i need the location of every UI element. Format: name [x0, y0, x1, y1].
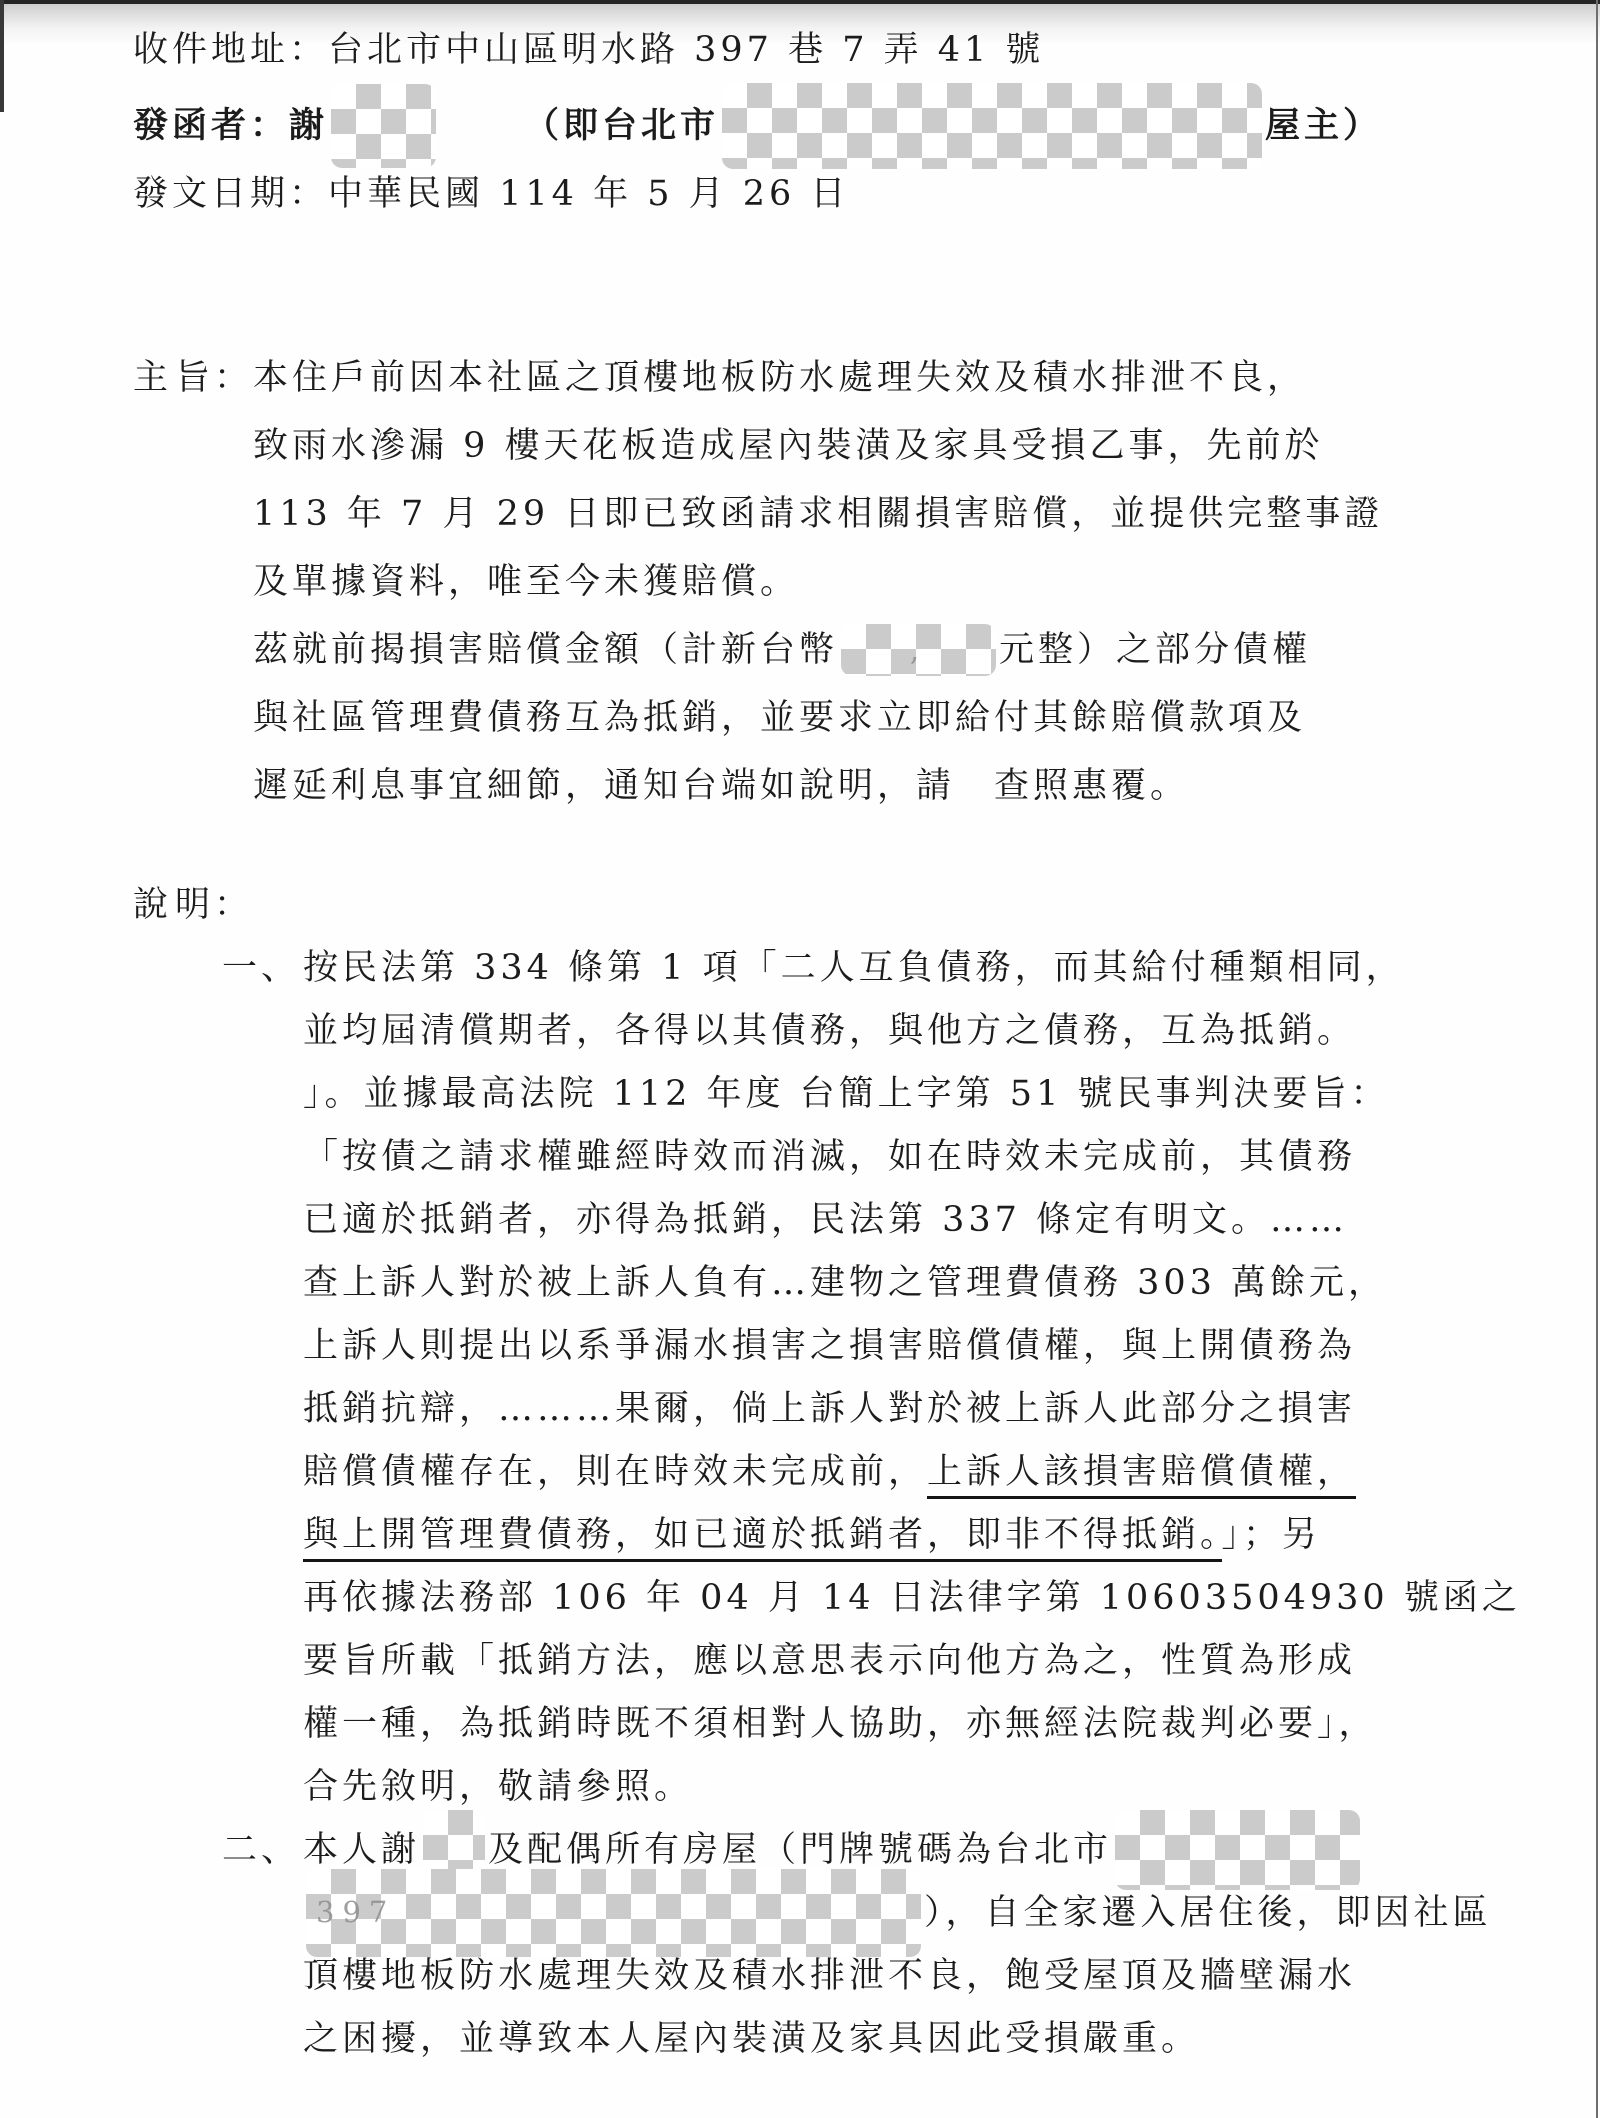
explanation-text-line: 抵銷抗辯，………果爾，倘上訴人對於被上訴人此部分之損害: [133, 1378, 1521, 1441]
redaction-block: [722, 83, 1262, 169]
subject-text-line: 113 年 7 月 29 日即已致函請求相關損害賠償，並提供完整事證: [133, 480, 1383, 548]
text-run: 113 年 7 月 29 日即已致函請求相關損害賠償，並提供完整事證: [253, 494, 1383, 534]
date-line: 發文日期：中華民國 114 年 5 月 26 日: [133, 168, 849, 220]
explanation-text-line: 一、按民法第 334 條第 1 項「二人互負債務，而其給付種類相同，: [133, 937, 1521, 1000]
subject-text-line: 茲就前揭損害賠償金額（計新台幣,元整）之部分債權: [133, 616, 1383, 684]
text-run: 與社區管理費債務互為抵銷，並要求立即給付其餘賠償款項及: [253, 698, 1306, 738]
text-run: ），自全家遷入居住後，即因社區: [924, 1893, 1492, 1933]
explanation-text-line: 「按債之請求權雖經時效而消滅，如在時效未完成前，其債務: [133, 1126, 1521, 1189]
explanation-text-line: 要旨所載「抵銷方法，應以意思表示向他方為之，性質為形成: [133, 1630, 1521, 1693]
text-run: 本住戶前因本社區之頂樓地板防水處理失效及積水排泄不良，: [253, 358, 1306, 398]
explanation-text-line: 並均屆清償期者，各得以其債務，與他方之債務，互為抵銷。: [133, 1000, 1521, 1063]
explanation-text-line: 再依據法務部 106 年 04 月 14 日法律字第 10603504930 號…: [133, 1567, 1521, 1630]
underlined-text: 與上開管理費債務，如已適於抵銷者，即非不得抵銷。: [303, 1515, 1222, 1562]
recipient-address-label: 收件地址：: [133, 30, 328, 70]
date-value: 中華民國 114 年 5 月 26 日: [328, 174, 849, 214]
text-run: 按民法第 334 條第 1 項「二人互負債務，而其給付種類相同，: [303, 948, 1405, 988]
redaction-ghost-text: ,: [910, 616, 927, 684]
text-run: 合先敘明，敬請參照。: [303, 1767, 693, 1807]
explanation-text-line: 頂樓地板防水處理失效及積水排泄不良，飽受屋頂及牆壁漏水: [133, 1945, 1521, 2008]
scanned-letter-page: 收件地址：台北市中山區明水路 397 巷 7 弄 41 號 發函者：謝（即台北市…: [0, 0, 1600, 2118]
explanation-text-line: 之困擾，並導致本人屋內裝潢及家具因此受損嚴重。: [133, 2008, 1521, 2071]
text-run: 及配偶所有房屋（門牌號碼為台北市: [488, 1830, 1112, 1870]
text-run: 賠償債權存在，則在時效未完成前，: [303, 1452, 927, 1492]
text-run: 茲就前揭損害賠償金額（計新台幣: [253, 630, 838, 670]
sender-value: 謝（即台北市屋主）: [289, 105, 1382, 146]
explanation-text-line: 上訴人則提出以系爭漏水損害之損害賠償債權，與上開債務為: [133, 1315, 1521, 1378]
text-run: 遲延利息事宜細節，通知台端如說明，請 查照惠覆。: [253, 766, 1189, 806]
text-run: 謝: [289, 105, 328, 146]
redaction-block: [1115, 1810, 1360, 1890]
explanation-text-line: 已適於抵銷者，亦得為抵銷，民法第 337 條定有明文。……: [133, 1189, 1521, 1252]
text-run: 頂樓地板防水處理失效及積水排泄不良，飽受屋頂及牆壁漏水: [303, 1956, 1356, 1996]
text-run: 權一種，為抵銷時既不須相對人協助，亦無經法院裁判必要」，: [303, 1704, 1378, 1744]
explanation-label-char: 說: [133, 874, 172, 937]
scan-right-edge: [1596, 0, 1598, 2118]
subject-label-char: 主: [133, 344, 172, 412]
explanation-text-line: 397），自全家遷入居住後，即因社區: [133, 1882, 1521, 1945]
subject-text-line: 主旨：本住戶前因本社區之頂樓地板防水處理失效及積水排泄不良，: [133, 344, 1383, 412]
section-label: 說明：: [133, 874, 253, 937]
subject-text-line: 遲延利息事宜細節，通知台端如說明，請 查照惠覆。: [133, 752, 1383, 820]
section-label: 主旨：: [133, 344, 253, 412]
scan-left-edge: [0, 0, 4, 112]
recipient-address-line: 收件地址：台北市中山區明水路 397 巷 7 弄 41 號: [133, 24, 1044, 76]
explanation-text-line: 賠償債權存在，則在時效未完成前，上訴人該損害賠償債權，: [133, 1441, 1521, 1504]
explanation-heading-line: 說明：: [133, 874, 1521, 937]
scan-top-border: [0, 0, 1600, 4]
item-number: 一、: [222, 937, 303, 1000]
redaction-block: 397: [306, 1869, 921, 1957]
item-number: 二、: [222, 1819, 303, 1882]
recipient-address-value: 台北市中山區明水路 397 巷 7 弄 41 號: [328, 30, 1044, 70]
text-run: 「按債之請求權雖經時效而消滅，如在時效未完成前，其債務: [303, 1137, 1356, 1177]
text-run: （即台北市: [524, 105, 719, 146]
subject-block: 主旨：本住戶前因本社區之頂樓地板防水處理失效及積水排泄不良，致雨水滲漏 9 樓天…: [133, 344, 1383, 820]
underlined-text: 上訴人該損害賠償債權，: [927, 1452, 1356, 1499]
text-run: 已適於抵銷者，亦得為抵銷，民法第 337 條定有明文。……: [303, 1200, 1348, 1240]
redaction-ghost-text: 397: [316, 1881, 395, 1944]
text-run: 」。並據最高法院 112 年度 台簡上字第 51 號民事判決要旨：: [303, 1074, 1389, 1114]
text-run: 抵銷抗辯，………果爾，倘上訴人對於被上訴人此部分之損害: [303, 1389, 1356, 1429]
explanation-text-line: 與上開管理費債務，如已適於抵銷者，即非不得抵銷。」；另: [133, 1504, 1521, 1567]
explanation-text-line: 權一種，為抵銷時既不須相對人協助，亦無經法院裁判必要」，: [133, 1693, 1521, 1756]
redaction-block: ,: [841, 624, 996, 676]
explanation-text-line: 」。並據最高法院 112 年度 台簡上字第 51 號民事判決要旨：: [133, 1063, 1521, 1126]
sender-label: 發函者：: [133, 105, 289, 146]
text-run: 要旨所載「抵銷方法，應以意思表示向他方為之，性質為形成: [303, 1641, 1356, 1681]
text-run: 及單據資料，唯至今未獲賠償。: [253, 562, 799, 602]
explanation-text-line: 查上訴人對於被上訴人負有…建物之管理費債務 303 萬餘元，: [133, 1252, 1521, 1315]
text-run: 之困擾，並導致本人屋內裝潢及家具因此受損嚴重。: [303, 2019, 1200, 2059]
explanation-block: 說明：一、按民法第 334 條第 1 項「二人互負債務，而其給付種類相同，並均屆…: [133, 874, 1521, 2071]
text-run: 上訴人則提出以系爭漏水損害之損害賠償債權，與上開債務為: [303, 1326, 1356, 1366]
subject-label-colon: 旨：: [175, 344, 253, 412]
redaction-block: [331, 84, 436, 168]
text-run: 元整）之部分債權: [999, 630, 1311, 670]
text-run: 並均屆清償期者，各得以其債務，與他方之債務，互為抵銷。: [303, 1011, 1356, 1051]
explanation-label-colon: 明：: [175, 874, 253, 937]
date-label: 發文日期：: [133, 174, 328, 214]
subject-text-line: 致雨水滲漏 9 樓天花板造成屋內裝潢及家具受損乙事，先前於: [133, 412, 1383, 480]
sender-line: 發函者：謝（即台北市屋主）: [133, 100, 1382, 155]
text-run: 屋主）: [1265, 105, 1382, 146]
text-run: 查上訴人對於被上訴人負有…建物之管理費債務 303 萬餘元，: [303, 1263, 1387, 1303]
text-run: 本人謝: [303, 1830, 420, 1870]
text-run: 」；另: [1222, 1515, 1322, 1555]
subject-text-line: 及單據資料，唯至今未獲賠償。: [133, 548, 1383, 616]
text-run: 再依據法務部 106 年 04 月 14 日法律字第 10603504930 號…: [303, 1578, 1521, 1618]
text-run: 致雨水滲漏 9 樓天花板造成屋內裝潢及家具受損乙事，先前於: [253, 426, 1324, 466]
subject-text-line: 與社區管理費債務互為抵銷，並要求立即給付其餘賠償款項及: [133, 684, 1383, 752]
